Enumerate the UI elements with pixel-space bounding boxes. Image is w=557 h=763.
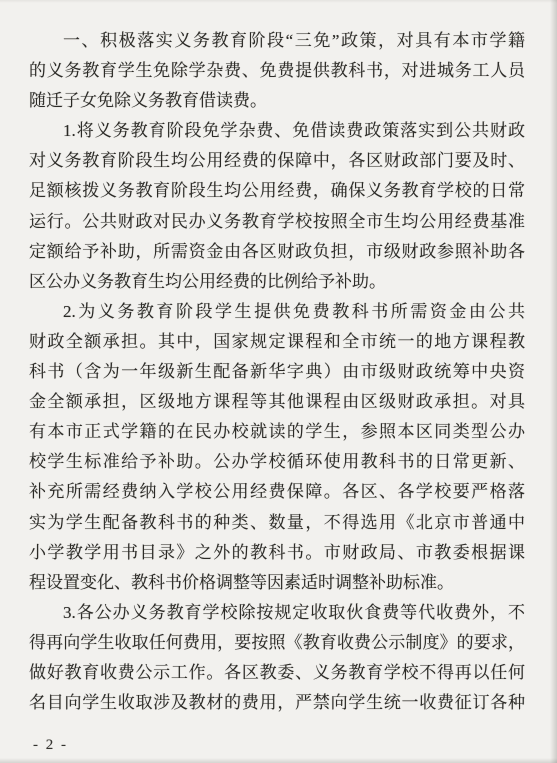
paragraph: 3.各公办义务教育学校除按规定收取伙食费等代收费外，不得再向学生收取任何费用，要…	[29, 598, 525, 718]
text-line: 补充所需经费纳入学校公用经费保障。各区、各学校要严格落	[29, 477, 525, 507]
text-line: 金全额承担，区级地方课程等其他课程由区级财政承担。对具	[29, 387, 525, 417]
text-line: 实为学生配备教科书的种类、数量，不得选用《北京市普通中	[29, 508, 525, 538]
text-line: 区公办义务教育生均公用经费的比例给予补助。	[29, 267, 525, 297]
text-line: 定额给予补助，所需资金由各区财政负担，市级财政参照补助各	[29, 237, 525, 267]
text-line: 科书（含为一年级新生配备新华字典）由市级财政统筹中央资	[29, 357, 525, 387]
text-line: 对义务教育阶段生均公用经费的保障中，各区财政部门要及时、	[29, 146, 525, 176]
scan-edge-shadow-right	[550, 0, 557, 763]
scan-edge-shadow-bottom	[0, 758, 557, 763]
text-line: 1.将义务教育阶段免学杂费、免借读费政策落实到公共财政	[29, 116, 525, 146]
text-line: 小学教学用书目录》之外的教科书。市财政局、市教委根据课	[29, 538, 525, 568]
text-line: 名目向学生收取涉及教材的费用，严禁向学生统一收费征订各种	[29, 688, 525, 718]
paragraph: 1.将义务教育阶段免学杂费、免借读费政策落实到公共财政对义务教育阶段生均公用经费…	[29, 116, 525, 297]
text-line: 一、积极落实义务教育阶段“三免”政策，对具有本市学籍	[29, 26, 525, 56]
scanned-document-page: 一、积极落实义务教育阶段“三免”政策，对具有本市学籍的义务教育学生免除学杂费、免…	[0, 0, 557, 763]
page-number: - 2 -	[33, 737, 68, 754]
text-line: 财政全额承担。其中，国家规定课程和全市统一的地方课程教	[29, 327, 525, 357]
text-line: 校学生标准给予补助。公办学校循环使用教科书的日常更新、	[29, 447, 525, 477]
paragraph: 一、积极落实义务教育阶段“三免”政策，对具有本市学籍的义务教育学生免除学杂费、免…	[29, 26, 525, 116]
scan-edge-shadow-top	[0, 0, 557, 3]
text-line: 运行。公共财政对民办义务教育学校按照全市生均公用经费基准	[29, 207, 525, 237]
text-line: 有本市正式学籍的在民办校就读的学生，参照本区同类型公办	[29, 417, 525, 447]
text-line: 得再向学生收取任何费用，要按照《教育收费公示制度》的要求，	[29, 628, 525, 658]
text-line: 3.各公办义务教育学校除按规定收取伙食费等代收费外，不	[29, 598, 525, 628]
text-line: 做好教育收费公示工作。各区教委、义务教育学校不得再以任何	[29, 658, 525, 688]
text-line: 程设置变化、教科书价格调整等因素适时调整补助标准。	[29, 568, 525, 598]
paragraph: 2.为义务教育阶段学生提供免费教科书所需资金由公共财政全额承担。其中，国家规定课…	[29, 297, 525, 598]
text-line: 足额核拨义务教育阶段生均公用经费，确保义务教育学校的日常	[29, 176, 525, 206]
document-body: 一、积极落实义务教育阶段“三免”政策，对具有本市学籍的义务教育学生免除学杂费、免…	[29, 26, 525, 718]
text-line: 的义务教育学生免除学杂费、免费提供教科书，对进城务工人员	[29, 56, 525, 86]
text-line: 随迁子女免除义务教育借读费。	[29, 86, 525, 116]
text-line: 2.为义务教育阶段学生提供免费教科书所需资金由公共	[29, 297, 525, 327]
